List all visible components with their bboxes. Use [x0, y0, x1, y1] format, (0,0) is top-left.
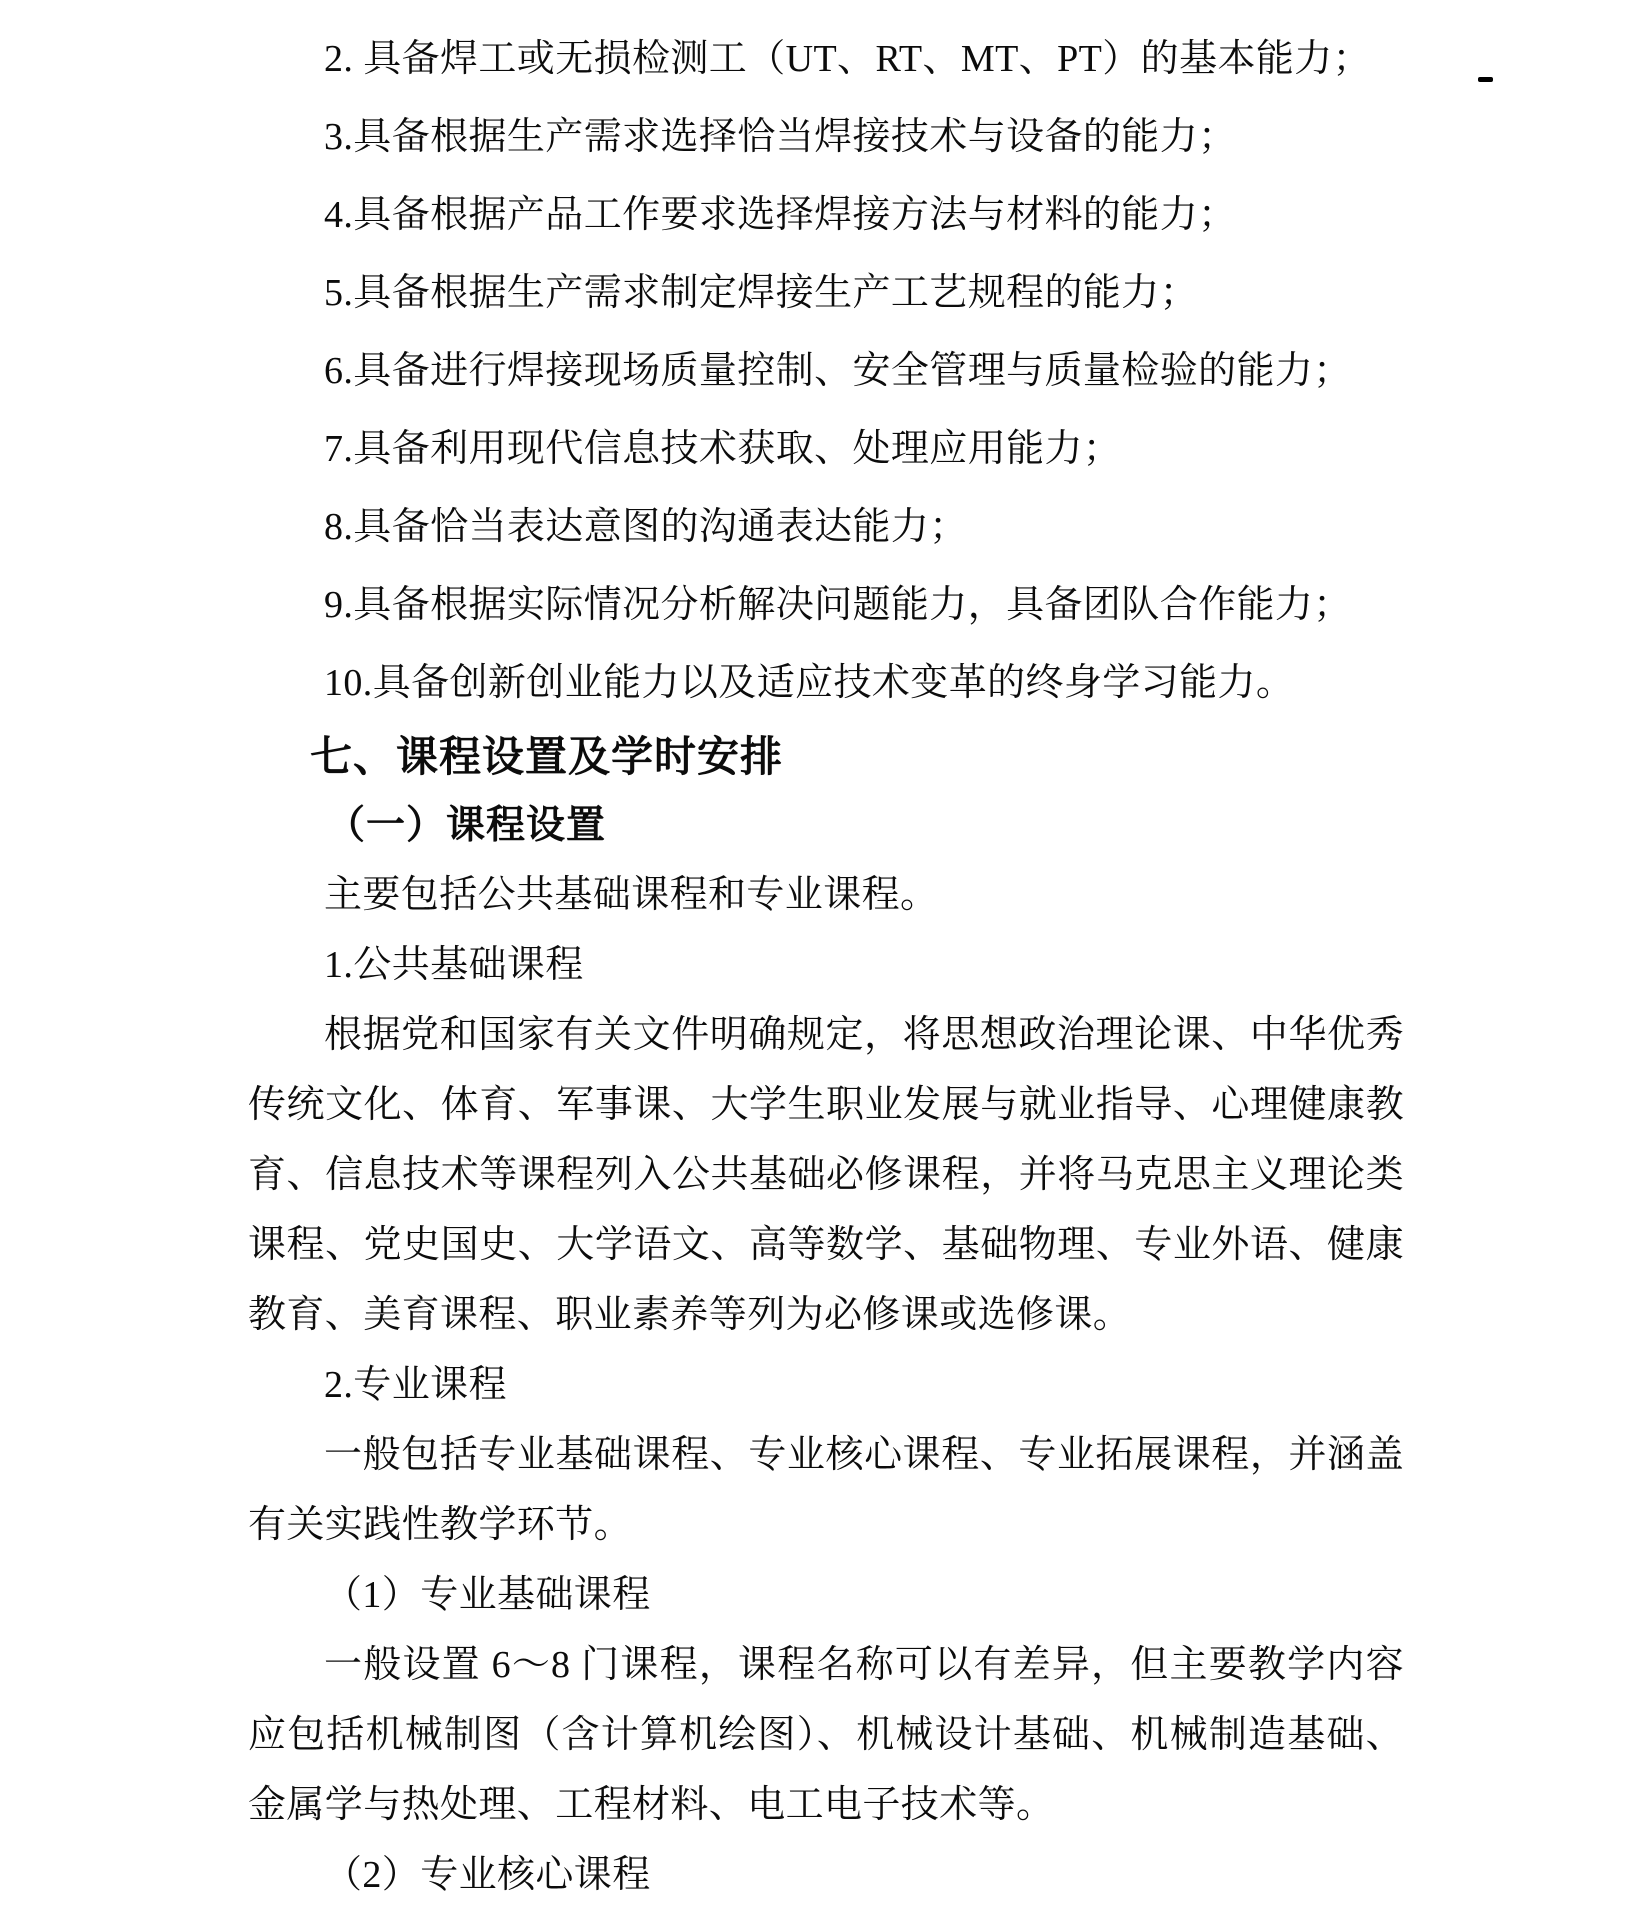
paragraph-line: 2.专业课程: [248, 1350, 1404, 1420]
section-heading: 七、课程设置及学时安排: [248, 722, 1404, 792]
text-column: 2. 具备焊工或无损检测工（UT、RT、MT、PT）的基本能力；3.具备根据生产…: [248, 20, 1404, 1910]
paragraph-line: 一般设置 6～8 门课程，课程名称可以有差异，但主要教学内容: [248, 1630, 1404, 1700]
paragraph-line: 课程、党史国史、大学语文、高等数学、基础物理、专业外语、健康: [248, 1210, 1404, 1280]
capability-list-item: 5.具备根据生产需求制定焊接生产工艺规程的能力；: [248, 254, 1404, 332]
paragraph-line: 根据党和国家有关文件明确规定，将思想政治理论课、中华优秀: [248, 1000, 1404, 1070]
paragraph-line: 主要包括公共基础课程和专业课程。: [248, 860, 1404, 930]
capability-list-item: 10.具备创新创业能力以及适应技术变革的终身学习能力。: [248, 644, 1404, 722]
capability-list-item: 4.具备根据产品工作要求选择焊接方法与材料的能力；: [248, 176, 1404, 254]
paragraph-line: 有关实践性教学环节。: [248, 1490, 1404, 1560]
paragraph-line: （2）专业核心课程: [248, 1840, 1404, 1910]
paragraph-line: 金属学与热处理、工程材料、电工电子技术等。: [248, 1770, 1404, 1840]
paragraph-line: 一般包括专业基础课程、专业核心课程、专业拓展课程，并涵盖: [248, 1420, 1404, 1490]
capability-list-item: 9.具备根据实际情况分析解决问题能力，具备团队合作能力；: [248, 566, 1404, 644]
capability-list-item: 2. 具备焊工或无损检测工（UT、RT、MT、PT）的基本能力；: [248, 20, 1404, 98]
capability-list-item: 3.具备根据生产需求选择恰当焊接技术与设备的能力；: [248, 98, 1404, 176]
capability-list-item: 7.具备利用现代信息技术获取、处理应用能力；: [248, 410, 1404, 488]
subsection-heading: （一）课程设置: [248, 792, 1404, 860]
paragraph-line: 1.公共基础课程: [248, 930, 1404, 1000]
capability-list-item: 8.具备恰当表达意图的沟通表达能力；: [248, 488, 1404, 566]
paragraph-line: 传统文化、体育、军事课、大学生职业发展与就业指导、心理健康教: [248, 1070, 1404, 1140]
paragraph-line: 育、信息技术等课程列入公共基础必修课程，并将马克思主义理论类: [248, 1140, 1404, 1210]
paragraph-line: 应包括机械制图（含计算机绘图）、机械设计基础、机械制造基础、: [248, 1700, 1404, 1770]
document-page: 2. 具备焊工或无损检测工（UT、RT、MT、PT）的基本能力；3.具备根据生产…: [0, 0, 1648, 1928]
paragraph-line: 教育、美育课程、职业素养等列为必修课或选修课。: [248, 1280, 1404, 1350]
paragraph-line: （1）专业基础课程: [248, 1560, 1404, 1630]
scan-artifact-dash: [1478, 77, 1493, 82]
capability-list-item: 6.具备进行焊接现场质量控制、安全管理与质量检验的能力；: [248, 332, 1404, 410]
